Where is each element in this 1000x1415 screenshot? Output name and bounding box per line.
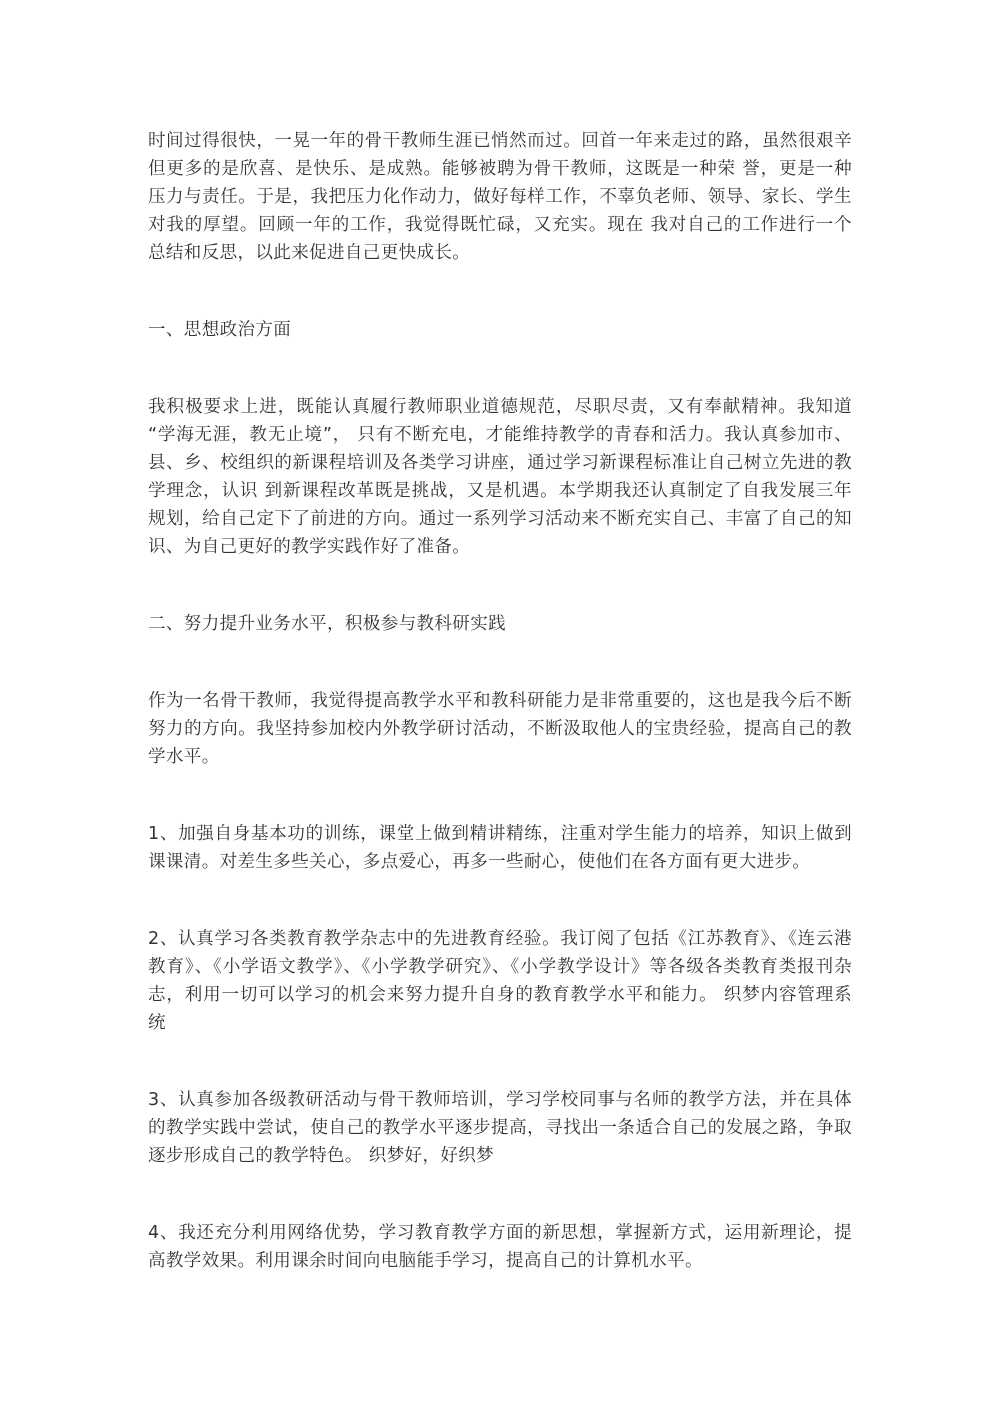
document-page: 时间过得很快，一晃一年的骨干教师生涯已悄然而过。回首一年来走过的路，虽然很艰辛但… <box>0 0 1000 1415</box>
list-item-1: 1、加强自身基本功的训练，课堂上做到精讲精练，注重对学生能力的培养，知识上做到课… <box>148 820 852 876</box>
opening-paragraph: 时间过得很快，一晃一年的骨干教师生涯已悄然而过。回首一年来走过的路，虽然很艰辛但… <box>148 127 852 267</box>
list-item-3: 3、认真参加各级教研活动与骨干教师培训，学习学校同事与名师的教学方法，并在具体的… <box>148 1086 852 1170</box>
section-1-heading: 一、思想政治方面 <box>148 316 852 344</box>
section-2-intro-paragraph: 作为一名骨干教师，我觉得提高教学水平和教科研能力是非常重要的，这也是我今后不断努… <box>148 687 852 771</box>
list-item-4: 4、我还充分利用网络优势，学习教育教学方面的新思想，掌握新方式，运用新理论，提高… <box>148 1219 852 1275</box>
document-body: 时间过得很快，一晃一年的骨干教师生涯已悄然而过。回首一年来走过的路，虽然很艰辛但… <box>0 0 1000 1275</box>
list-item-2: 2、认真学习各类教育教学杂志中的先进教育经验。我订阅了包括《江苏教育》、《连云港… <box>148 925 852 1037</box>
section-1-paragraph: 我积极要求上进，既能认真履行教师职业道德规范，尽职尽责，又有奉献精神。我知道“学… <box>148 393 852 561</box>
section-2-heading: 二、努力提升业务水平，积极参与教科研实践 <box>148 610 852 638</box>
